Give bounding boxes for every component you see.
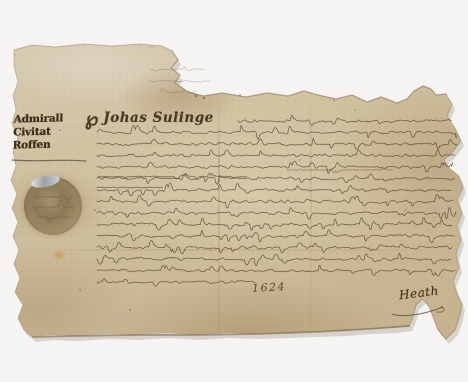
document-date: 1624 [252, 280, 287, 295]
manuscript-photo: Admirall Civitat Roffen ℘ Johas Sulinge … [0, 0, 468, 382]
margin-annotation-line: Roffen [12, 138, 62, 152]
margin-annotation-line: Admirall [13, 112, 63, 126]
handwritten-text-lines [0, 0, 468, 382]
margin-annotation-line: Civitat [13, 125, 63, 139]
paraph-mark: ℘ [85, 108, 98, 130]
margin-annotation: Admirall Civitat Roffen [12, 112, 63, 152]
opening-words: Johas Sulinge [103, 110, 213, 126]
document-opening-line: ℘ Johas Sulinge [85, 107, 214, 130]
